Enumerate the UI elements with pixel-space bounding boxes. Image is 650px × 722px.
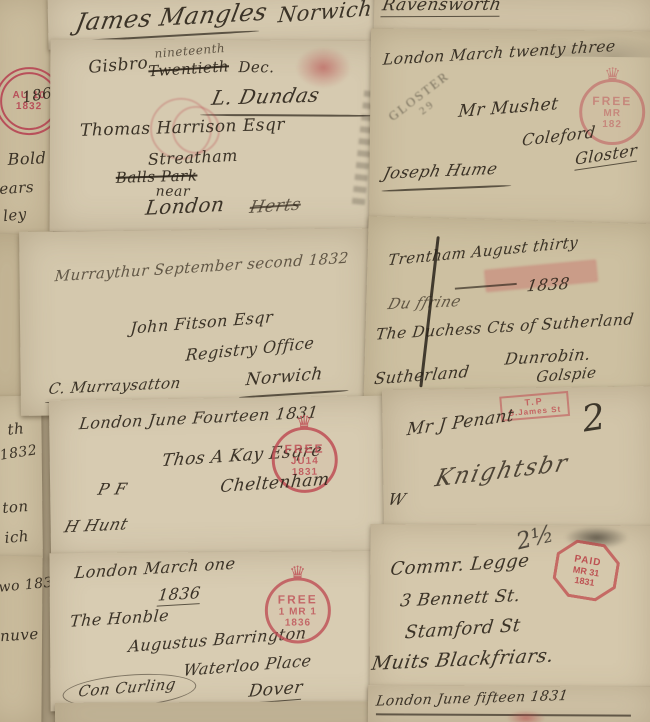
addressee: John Fitson Esqr <box>130 309 274 337</box>
dateline: London March one <box>74 556 237 582</box>
addressee: The Duchess Cts of Sutherland <box>375 312 635 343</box>
addressee: Thomas Harrison Esqr <box>80 117 285 140</box>
dateline: London March twenty three <box>382 39 616 68</box>
red-stamp-smudge <box>506 710 546 722</box>
free-stamp-word: FREE <box>592 94 632 108</box>
pen-dash <box>376 713 631 716</box>
frank-signature: H Hunt <box>62 516 129 535</box>
city-script: Norwich <box>277 0 373 26</box>
street-line: Stamford St <box>404 617 522 642</box>
crown-icon: ♛ <box>580 69 646 83</box>
free-stamp-word: FREE <box>278 592 318 606</box>
month: Dec. <box>238 60 274 75</box>
crown-icon: ♛ <box>265 567 331 580</box>
frank-signature: C. Murraysatton <box>47 376 182 397</box>
fragment-word: nuve <box>0 627 39 644</box>
letter-legge-blackfriars: 2½ PAID MR 31 1831 Commr. Legge 3 Bennet… <box>369 524 650 701</box>
frank-signature: Du ffrine <box>386 294 463 312</box>
struck-county: Herts <box>248 197 302 218</box>
letter-fragment-left-bottom: two 1836 nuve <box>0 556 43 722</box>
fragment-word: ears <box>0 180 34 197</box>
fragment-word: ley <box>2 207 27 224</box>
street-line: Waterloo Place <box>182 653 312 679</box>
fragment-word: ich <box>4 529 29 546</box>
street-line: 3 Bennett St. <box>399 588 521 611</box>
address-line: Streatham <box>148 148 239 168</box>
fragment-word: 1832 <box>0 443 38 462</box>
dateline: Murraythur September second 1832 <box>54 251 349 285</box>
office-line: Registry Office <box>185 335 315 364</box>
initial-scrawl: W <box>386 492 407 508</box>
free-stamp-date: 1 MR 1 <box>279 606 317 617</box>
fragment-word: th <box>7 421 25 438</box>
addressee: Mr J Penant <box>406 407 515 439</box>
city-script: Dover <box>247 679 304 703</box>
manuscript-rate: 2 <box>580 399 609 438</box>
letter-june-strip: London June fifteen 1831 <box>368 685 650 722</box>
place-scrawl: Knightsbr <box>433 452 571 492</box>
city-script: Norwich <box>245 366 324 389</box>
paid-octagon-stamp: PAID MR 31 1831 <box>550 537 623 605</box>
dateline: London June fifteen 1831 <box>375 689 569 709</box>
initials: P F <box>96 481 128 497</box>
letter-kay-cheltenham: London June Fourteen 1831 Thos A Kay Esq… <box>49 396 396 561</box>
letter-edge-strip <box>55 701 400 722</box>
free-stamp-ring: FREE 1 MR 1 1836 <box>265 577 331 643</box>
paid-stamp-text: PAID MR 31 1831 <box>550 537 623 605</box>
free-stamp-word: FREE <box>284 442 324 457</box>
place-line: Gisbro <box>88 55 149 77</box>
addressee: Commr. Legge <box>389 552 530 579</box>
vintage-letters-collage: AU 10 1832 186 Bold ears ley th 1832 ton… <box>0 0 650 722</box>
letter-mushet-gloster: London March twenty three GLOSTER 29 ♛ F… <box>369 29 650 232</box>
crown-icon: ♛ <box>271 416 337 430</box>
letter-trentham-sutherland: Trentham August thirty 1838 Du ffrine Th… <box>363 216 650 412</box>
frank-signature: L. Dundas <box>210 85 322 108</box>
free-stamp-year: 182 <box>602 119 622 130</box>
place-line: Coleford <box>521 124 596 149</box>
year-script: 1836 <box>157 585 202 607</box>
year-script: 1838 <box>526 276 571 295</box>
addressee: Mr Mushet <box>458 96 560 121</box>
letter-barrington-dover: London March one 1836 The Honble Augustu… <box>49 551 400 711</box>
free-stamp-date: JU14 <box>291 456 319 467</box>
struck-date: Twentieth <box>148 59 230 79</box>
letter-murray-norwich: Murraythur September second 1832 John Fi… <box>19 228 373 416</box>
inserted-date: nineteenth <box>154 42 225 60</box>
county-line: Sutherland <box>373 364 470 388</box>
frank-signature: Joseph Hume <box>382 161 500 182</box>
letter-fragment-left-lower: th 1832 ton ich <box>0 396 43 559</box>
paid-stamp-year: 1831 <box>574 574 595 587</box>
area-line: Muits Blackfriars. <box>370 646 555 673</box>
gloster-ink-stamp: GLOSTER 29 <box>385 68 460 134</box>
frank-underline <box>381 185 511 192</box>
town-line: Golspie <box>535 365 597 385</box>
letter-fragment-left-top: AU 10 1832 186 Bold ears ley <box>0 0 55 236</box>
county-script: Gloster <box>574 142 637 171</box>
frank-signature: James Mangles <box>74 0 270 35</box>
fragment-word: ton <box>2 499 29 516</box>
free-stamp-year: 1836 <box>285 617 311 628</box>
free-stamp-date: MR <box>603 108 621 119</box>
honorific: The Honble <box>69 608 169 630</box>
house-name: Ravensworth <box>380 0 502 17</box>
city-script: London <box>144 194 225 218</box>
letter-gisbro-dundas: Gisbro nineteenth Twentieth Dec. L. Dund… <box>49 39 392 233</box>
fragment-word: Bold <box>7 150 46 168</box>
free-frank-stamp: ♛ FREE 1 MR 1 1836 <box>265 567 332 643</box>
